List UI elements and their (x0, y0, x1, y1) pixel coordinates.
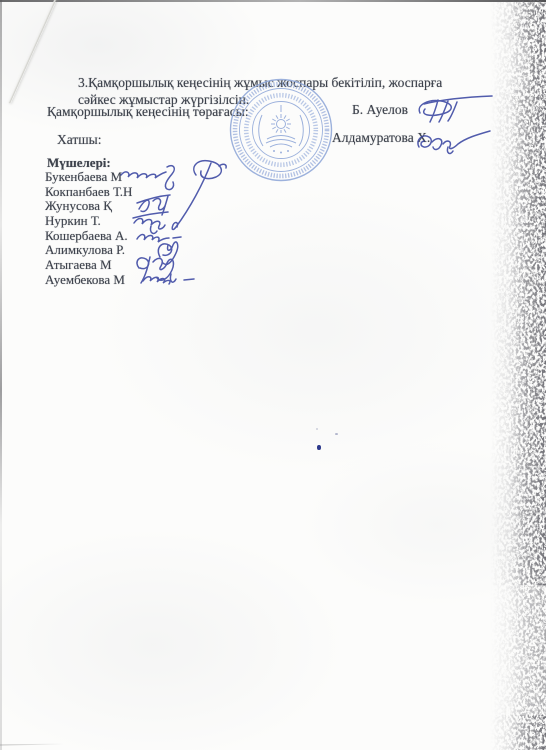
secretary-label: Хатшы: (57, 132, 102, 148)
official-round-seal (228, 77, 334, 183)
member-name: Ауембекова М (45, 273, 132, 288)
member-name: Кошербаева А. (45, 229, 132, 244)
seal-bottom-stars (273, 150, 289, 154)
member-name: Алимкулова Р. (45, 243, 132, 258)
ink-dot (317, 445, 321, 450)
paper-fold-crease (8, 0, 57, 104)
ink-speck (335, 433, 338, 435)
member-name: Букенбаева М (45, 170, 132, 185)
seal-emblem (259, 105, 304, 147)
member-name: Кокпанбаев Т.Н (45, 185, 132, 200)
scan-bottom-edge (0, 743, 64, 745)
members-list: Букенбаева М Кокпанбаев Т.Н Жунусова Қ Н… (45, 170, 132, 288)
chairman-label: Қамқоршылық кеңесінің төрағасы: (47, 104, 249, 120)
member-name: Жунусова Қ (45, 199, 132, 214)
scan-left-edge (0, 0, 2, 750)
member-name: Нуркин Т. (45, 214, 132, 229)
ink-speck-small (316, 428, 318, 430)
scan-edge-noise (490, 0, 546, 750)
member-signatures (121, 161, 226, 284)
scan-top-edge (0, 0, 546, 2)
chairman-name: Б. Ауелов (352, 102, 408, 118)
scanned-document-page: 3.Қамқоршылық кеңесінің жұмыс жоспары бе… (0, 0, 546, 750)
member-name: Атыгаева М (45, 258, 132, 273)
secretary-name: Алдамуратова Х. (332, 130, 430, 146)
